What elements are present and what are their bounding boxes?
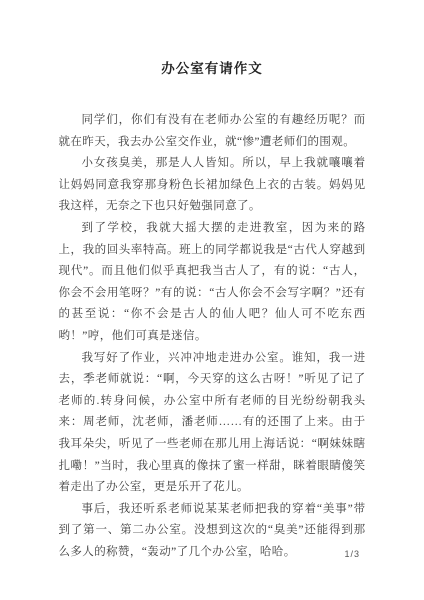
essay-body: 同学们，你们有没有在老师办公室的有趣经历呢？而就在昨天，我去办公室交作业，就“惨… — [59, 110, 366, 563]
essay-paragraph: 我写好了作业，兴冲冲地走进办公室。谁知，我一进去，季老师就说：“啊，今天穿的这么… — [59, 348, 366, 499]
essay-paragraph: 小女孩臭美，那是人人皆知。所以，早上我就嚷嚷着让妈妈同意我穿那身粉色长裙加绿色上… — [59, 153, 366, 218]
page-number-indicator: 1/3 — [344, 549, 360, 559]
essay-paragraph: 事后，我还听系老师说某某老师把我的穿着“美事”带到了第一、第二办公室。没想到这次… — [59, 499, 366, 564]
page-title: 办公室有请作文 — [0, 0, 424, 77]
document-page: 办公室有请作文 同学们，你们有没有在老师办公室的有趣经历呢？而就在昨天，我去办公… — [0, 0, 424, 600]
essay-paragraph: 到了学校，我就大摇大摆的走进教室，因为来的路上，我的回头率特高。班上的同学都说我… — [59, 218, 366, 348]
essay-paragraph: 同学们，你们有没有在老师办公室的有趣经历呢？而就在昨天，我去办公室交作业，就“惨… — [59, 110, 366, 153]
